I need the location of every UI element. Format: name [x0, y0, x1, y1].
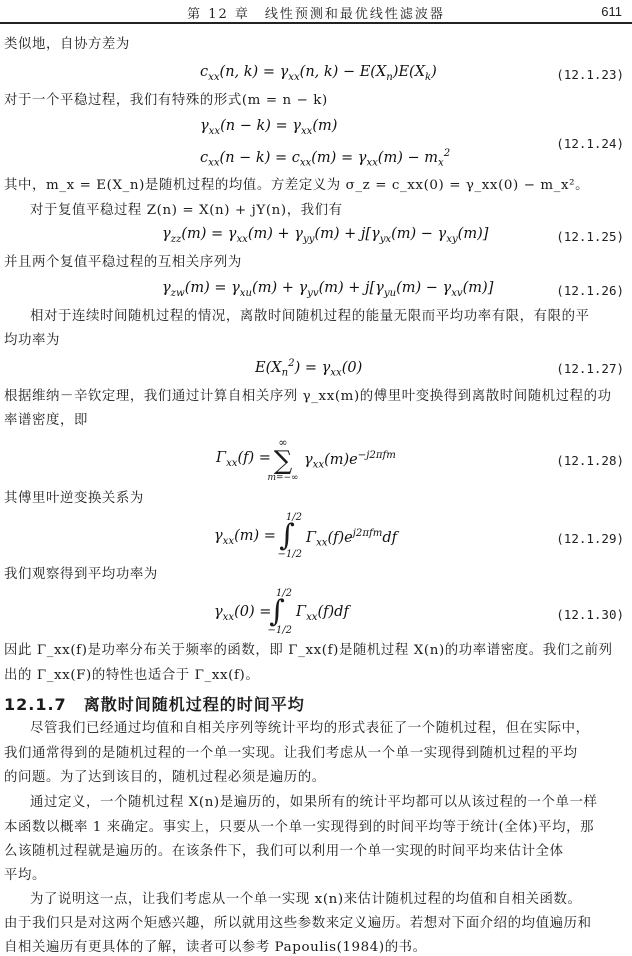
paragraph: 本函数以概率 1 来确定。事实上，只要从一个单一实现得到的时间平均等于统计(全体… — [4, 819, 594, 837]
paragraph: 出的 Γ_xx(F)的特性也适合于 Γ_xx(f)。 — [4, 667, 259, 685]
paragraph: 我们通常得到的是随机过程的一个单一实现。让我们考虑从一个单一实现得到随机过程的平… — [4, 745, 578, 763]
paragraph: 根据维纳－辛钦定理，我们通过计算自相关序列 γ_xx(m)的傅里叶变换得到离散时… — [4, 388, 612, 406]
paragraph: 其傅里叶逆变换关系为 — [4, 490, 144, 508]
equation-number: (12.1.29) — [556, 531, 624, 546]
integral-symbol: 1/2 ∫ −1/2 — [262, 588, 292, 636]
paragraph: 的问题。为了达到该目的，随机过程必须是遍历的。 — [4, 769, 326, 787]
paragraph: 对于一个平稳过程，我们有特殊的形式(m = n − k) — [4, 92, 328, 110]
paragraph: 均功率为 — [4, 332, 60, 350]
equation-12-1-28-term: γxx(m)e−j2πfm — [304, 450, 396, 471]
paragraph: 相对于连续时间随机过程的情况，离散时间随机过程的能量无限而平均功率有限，有限的平 — [30, 308, 590, 326]
equation-number: (12.1.28) — [556, 453, 624, 468]
paragraph: 为了说明这一点，让我们考虑从一个单一实现 x(n)来估计随机过程的均值和自相关函… — [30, 891, 582, 909]
book-page: 第 12 章 线性预测和最优线性滤波器 611 类似地，自协方差为 cxx(n,… — [0, 0, 632, 956]
paragraph: 么该随机过程就是遍历的。在该条件下，我们可以利用一个单一实现的时间平均来估计全体 — [4, 843, 564, 861]
equation-number: (12.1.24) — [556, 136, 624, 151]
section-heading: 12.1.7 离散时间随机过程的时间平均 — [4, 692, 305, 715]
paragraph: 并且两个复值平稳过程的互相关序列为 — [4, 254, 242, 272]
paragraph: 我们观察得到平均功率为 — [4, 566, 158, 584]
header-rule — [0, 22, 632, 24]
equation-12-1-23: cxx(n, k) = γxx(n, k) − E(Xn)E(Xk) — [200, 64, 437, 83]
equation-12-1-26: γzw(m) = γxu(m) + γyv(m) + j[γyu(m) − γx… — [162, 280, 493, 299]
equation-12-1-24b: cxx(n − k) = cxx(m) = γxx(m) − mx2 — [200, 148, 450, 169]
integral-symbol: 1/2 ∫ −1/2 — [272, 512, 302, 560]
equation-number: (12.1.25) — [556, 229, 624, 244]
equation-number: (12.1.23) — [556, 67, 624, 82]
page-number: 611 — [601, 4, 622, 19]
paragraph: 因此 Γ_xx(f)是功率分布关于频率的函数，即 Γ_xx(f)是随机过程 X(… — [4, 642, 613, 660]
equation-number: (12.1.30) — [556, 607, 624, 622]
equation-12-1-25: γzz(m) = γxx(m) + γyy(m) + j[γyx(m) − γx… — [162, 226, 488, 245]
paragraph: 平均。 — [4, 867, 46, 885]
equation-12-1-24a: γxx(n − k) = γxx(m) — [200, 118, 337, 137]
equation-number: (12.1.26) — [556, 283, 624, 298]
equation-12-1-29: γxx(m) = — [214, 528, 276, 547]
equation-12-1-28: Γxx(f) = — [216, 450, 271, 469]
chapter-title: 第 12 章 线性预测和最优线性滤波器 — [0, 3, 632, 22]
summation-symbol: ∞ ∑ m=−∞ — [266, 436, 300, 483]
paragraph: 率谱密度，即 — [4, 412, 88, 430]
equation-12-1-29-term: Γxx(f)ej2πfmdf — [306, 528, 397, 549]
running-header: 第 12 章 线性预测和最优线性滤波器 611 — [0, 0, 632, 22]
equation-number: (12.1.27) — [556, 361, 624, 376]
equation-12-1-27: E(Xn2) = γxx(0) — [255, 358, 362, 379]
paragraph: 由于我们只是对这两个矩感兴趣，所以就用这些参数来定义遍历。若想对下面介绍的均值遍… — [4, 915, 592, 933]
paragraph: 类似地，自协方差为 — [4, 36, 130, 54]
paragraph: 尽管我们已经通过均值和自相关序列等统计平均的形式表征了一个随机过程，但在实际中， — [30, 720, 590, 738]
equation-12-1-30-term: Γxx(f)df — [296, 604, 349, 623]
paragraph: 对于复值平稳过程 Z(n) = X(n) + jY(n)，我们有 — [30, 202, 343, 220]
paragraph: 其中，m_x = E(X_n)是随机过程的均值。方差定义为 σ_z = c_xx… — [4, 177, 589, 195]
paragraph: 通过定义，一个随机过程 X(n)是遍历的，如果所有的统计平均都可以从该过程的一个… — [30, 794, 598, 812]
paragraph: 自相关遍历有更具体的了解，读者可以参考 Papoulis(1984)的书。 — [4, 939, 427, 956]
